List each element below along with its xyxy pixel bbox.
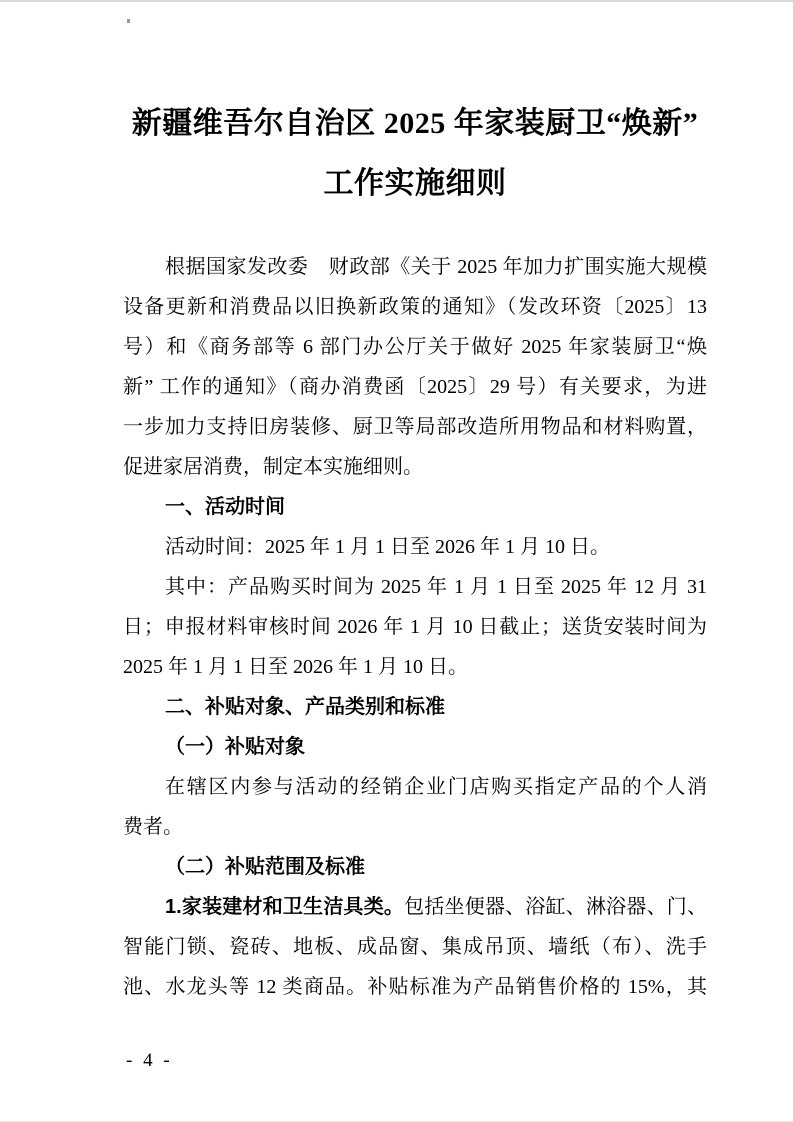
- text-line: 根据国家发改委 财政部《关于 2025 年加力扩围实施大规模: [123, 247, 707, 287]
- document-body: 根据国家发改委 财政部《关于 2025 年加力扩围实施大规模设备更新和消费品以旧…: [123, 247, 707, 1007]
- text-segment: 一步加力支持旧房装修、厨卫等局部改造所用物品和材料购置，: [123, 416, 707, 438]
- text-line: 在辖区内参与活动的经销企业门店购买指定产品的个人消: [123, 767, 707, 807]
- text-segment: 费者。: [123, 816, 183, 838]
- text-line: 新” 工作的通知》（商办消费函〔2025〕29 号）有关要求，为进: [123, 367, 707, 407]
- text-segment: （一）补贴对象: [165, 736, 305, 758]
- text-line: 活动时间：2025 年 1 月 1 日至 2026 年 1 月 10 日。: [123, 527, 707, 567]
- text-line: 日；申报材料审核时间 2026 年 1 月 10 日截止；送货安装时间为: [123, 607, 707, 647]
- heading-line: （二）补贴范围及标准: [123, 847, 707, 887]
- text-segment: 活动时间：2025 年 1 月 1 日至 2026 年 1 月 10 日。: [165, 536, 610, 558]
- heading-line: （一）补贴对象: [123, 727, 707, 767]
- text-line: 其中：产品购买时间为 2025 年 1 月 1 日至 2025 年 12 月 3…: [123, 567, 707, 607]
- text-line: 费者。: [123, 807, 707, 847]
- title-line-2: 工作实施细则: [123, 154, 707, 214]
- text-line: 1.家装建材和卫生洁具类。包括坐便器、浴缸、淋浴器、门、: [123, 887, 707, 927]
- text-segment: 二、补贴对象、产品类别和标准: [165, 696, 445, 718]
- text-segment: （二）补贴范围及标准: [165, 856, 365, 878]
- text-segment: 智能门锁、瓷砖、地板、成品窗、集成吊顶、墙纸（布）、洗手: [123, 936, 707, 958]
- text-segment: 号）和《商务部等 6 部门办公厅关于做好 2025 年家装厨卫“焕: [123, 336, 707, 358]
- text-segment: 一、活动时间: [165, 496, 285, 518]
- text-segment: 包括坐便器、浴缸、淋浴器、门、: [404, 896, 707, 918]
- document-page: 新疆维吾尔自治区 2025 年家装厨卫“焕新” 工作实施细则 根据国家发改委 财…: [0, 0, 793, 1122]
- scan-speck: [127, 19, 130, 23]
- text-segment: 促进家居消费，制定本实施细则。: [123, 456, 423, 478]
- scan-edge-top: [0, 0, 793, 2]
- text-line: 2025 年 1 月 1 日至 2026 年 1 月 10 日。: [123, 647, 707, 687]
- bold-text-segment: 1.家装建材和卫生洁具类。: [165, 896, 404, 918]
- text-line: 一步加力支持旧房装修、厨卫等局部改造所用物品和材料购置，: [123, 407, 707, 447]
- text-segment: 设备更新和消费品以旧换新政策的通知》（发改环资〔2025〕13: [123, 296, 707, 318]
- text-line: 设备更新和消费品以旧换新政策的通知》（发改环资〔2025〕13: [123, 287, 707, 327]
- title-line-1: 新疆维吾尔自治区 2025 年家装厨卫“焕新”: [123, 94, 707, 154]
- text-segment: 其中：产品购买时间为 2025 年 1 月 1 日至 2025 年 12 月 3…: [165, 576, 707, 598]
- text-segment: 在辖区内参与活动的经销企业门店购买指定产品的个人消: [165, 776, 707, 798]
- document-title: 新疆维吾尔自治区 2025 年家装厨卫“焕新” 工作实施细则: [123, 94, 707, 214]
- text-segment: 根据国家发改委 财政部《关于 2025 年加力扩围实施大规模: [165, 256, 707, 278]
- text-segment: 池、水龙头等 12 类商品。补贴标准为产品销售价格的 15%，其: [123, 976, 707, 998]
- text-segment: 2025 年 1 月 1 日至 2026 年 1 月 10 日。: [123, 656, 468, 678]
- text-line: 促进家居消费，制定本实施细则。: [123, 447, 707, 487]
- text-line: 池、水龙头等 12 类商品。补贴标准为产品销售价格的 15%，其: [123, 967, 707, 1007]
- text-line: 号）和《商务部等 6 部门办公厅关于做好 2025 年家装厨卫“焕: [123, 327, 707, 367]
- heading-line: 一、活动时间: [123, 487, 707, 527]
- heading-line: 二、补贴对象、产品类别和标准: [123, 687, 707, 727]
- text-segment: 新” 工作的通知》（商办消费函〔2025〕29 号）有关要求，为进: [123, 376, 707, 398]
- text-line: 智能门锁、瓷砖、地板、成品窗、集成吊顶、墙纸（布）、洗手: [123, 927, 707, 967]
- page-number: - 4 -: [126, 1048, 173, 1074]
- text-segment: 日；申报材料审核时间 2026 年 1 月 10 日截止；送货安装时间为: [123, 616, 707, 638]
